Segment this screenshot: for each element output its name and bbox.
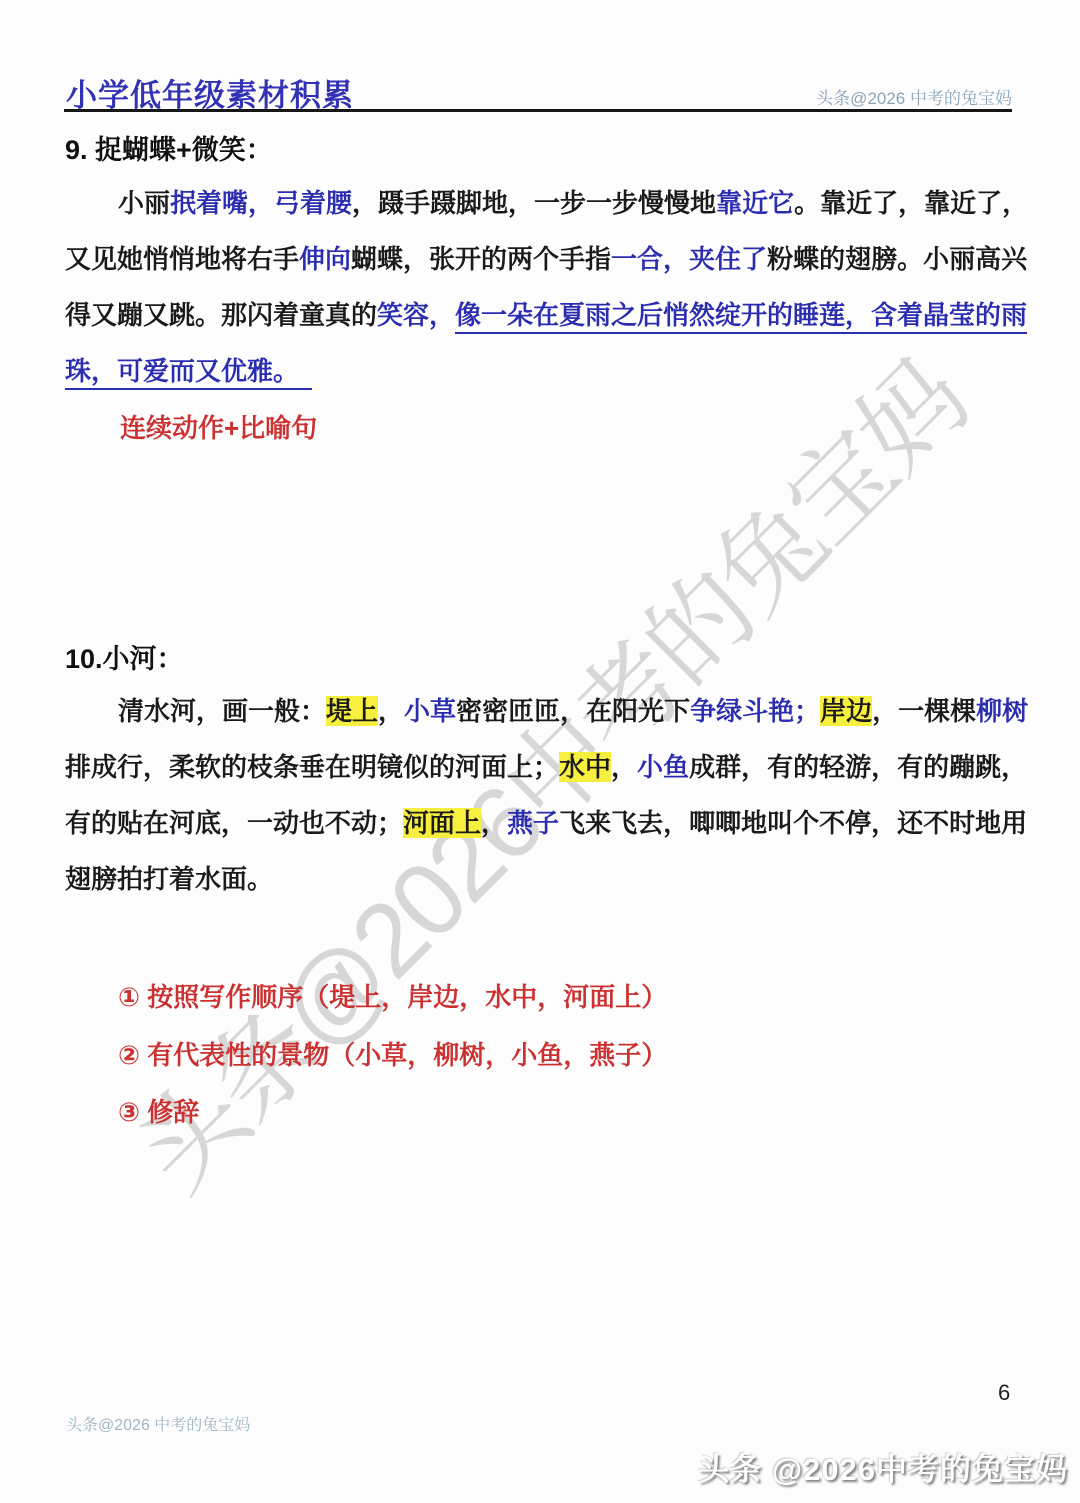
text-segment: 密密匝匝，在阳光下: [456, 696, 690, 726]
text-segment: 岸边: [820, 696, 872, 726]
paragraph-line: 有的贴在河底，一动也不动；河面上，燕子飞来飞去，唧唧地叫个不停，还不时地用: [65, 803, 1027, 840]
text-segment: 靠近它: [716, 188, 794, 218]
text-segment: 小鱼: [637, 752, 689, 782]
text-segment: 排成行，柔软的枝条垂在明镜似的河面上；: [65, 752, 559, 782]
text-segment: 伸向: [299, 244, 351, 274]
section-10-heading: 10.小河：: [65, 637, 184, 676]
text-segment: 小丽: [118, 188, 170, 218]
paragraph-line: 排成行，柔软的枝条垂在明镜似的河面上；水中，小鱼成群，有的轻游，有的蹦跳，: [65, 747, 1027, 784]
text-segment: 清水河，画一般：: [118, 696, 326, 726]
text-segment: 有的贴在河底，一动也不动；: [65, 808, 403, 838]
document-page: 头条@2026中考的兔宝妈 小学低年级素材积累 头条@2026 中考的兔宝妈 9…: [0, 0, 1080, 1503]
text-segment: 燕子: [507, 808, 559, 838]
technique-note: ③ 修辞: [118, 1092, 199, 1129]
text-segment: ，: [481, 808, 507, 838]
text-segment: 又见她悄悄地将右手: [65, 244, 299, 274]
header-credit: 头条@2026 中考的兔宝妈: [816, 84, 1012, 109]
text-segment: 得又蹦又跳。那闪着童真的: [65, 300, 377, 330]
paragraph-line: 又见她悄悄地将右手伸向蝴蝶，张开的两个手指一合，夹住了粉蝶的翅膀。小丽高兴: [65, 239, 1027, 276]
text-segment: ，: [378, 696, 404, 726]
text-segment: ，蹑手蹑脚地，一步一步慢慢地: [352, 188, 716, 218]
text-segment: 飞来飞去，唧唧地叫个不停，还不时地用: [559, 808, 1027, 838]
paragraph-line: 珠，可爱而又优雅。: [65, 351, 312, 388]
section-9-heading: 9. 捉蝴蝶+微笑：: [65, 128, 273, 167]
text-segment: 水中: [559, 752, 611, 782]
paragraph-line: 清水河，画一般：堤上，小草密密匝匝，在阳光下争绿斗艳；岸边，一棵棵柳树: [118, 691, 1028, 728]
text-segment: ，: [611, 752, 637, 782]
text-segment: 。靠近了，靠近了，: [794, 188, 1028, 218]
text-segment: 争绿斗艳；: [690, 696, 820, 726]
text-segment: 抿着嘴，: [170, 188, 274, 218]
paragraph-line: 小丽抿着嘴，弓着腰，蹑手蹑脚地，一步一步慢慢地靠近它。靠近了，靠近了，: [118, 183, 1028, 220]
text-segment: ，一棵棵: [872, 696, 976, 726]
text-segment: 小草: [404, 696, 456, 726]
page-number: 6: [998, 1380, 1010, 1406]
text-segment: 蝴蝶，张开的两个手指: [351, 244, 611, 274]
text-segment: 珠，可爱而又优雅。: [65, 356, 312, 390]
paragraph-line: 翅膀拍打着水面。: [65, 859, 273, 896]
paragraph-line: 得又蹦又跳。那闪着童真的笑容，像一朵在夏雨之后悄然绽开的睡莲，含着晶莹的雨: [65, 295, 1027, 332]
text-segment: 像一朵在夏雨之后悄然绽开的睡莲，含着晶莹的雨: [455, 300, 1027, 334]
header-rule: [64, 109, 1012, 112]
text-segment: 堤上: [326, 696, 378, 726]
text-segment: 翅膀拍打着水面。: [65, 864, 273, 894]
text-segment: 柳树: [976, 696, 1028, 726]
technique-note: 连续动作+比喻句: [120, 408, 317, 445]
text-segment: 笑容，: [377, 300, 455, 330]
text-segment: 粉蝶的翅膀。小丽高兴: [767, 244, 1027, 274]
bottom-right-watermark: 头条 @2026中考的兔宝妈: [698, 1444, 1068, 1489]
technique-note: ① 按照写作顺序（堤上，岸边，水中，河面上）: [118, 977, 667, 1014]
text-segment: 河面上: [403, 808, 481, 838]
text-segment: 弓着腰: [274, 188, 352, 218]
footer-credit: 头条@2026 中考的兔宝妈: [66, 1412, 250, 1435]
text-segment: 一合，夹住了: [611, 244, 767, 274]
technique-note: ② 有代表性的景物（小草，柳树，小鱼，燕子）: [118, 1035, 667, 1072]
text-segment: 成群，有的轻游，有的蹦跳，: [689, 752, 1027, 782]
